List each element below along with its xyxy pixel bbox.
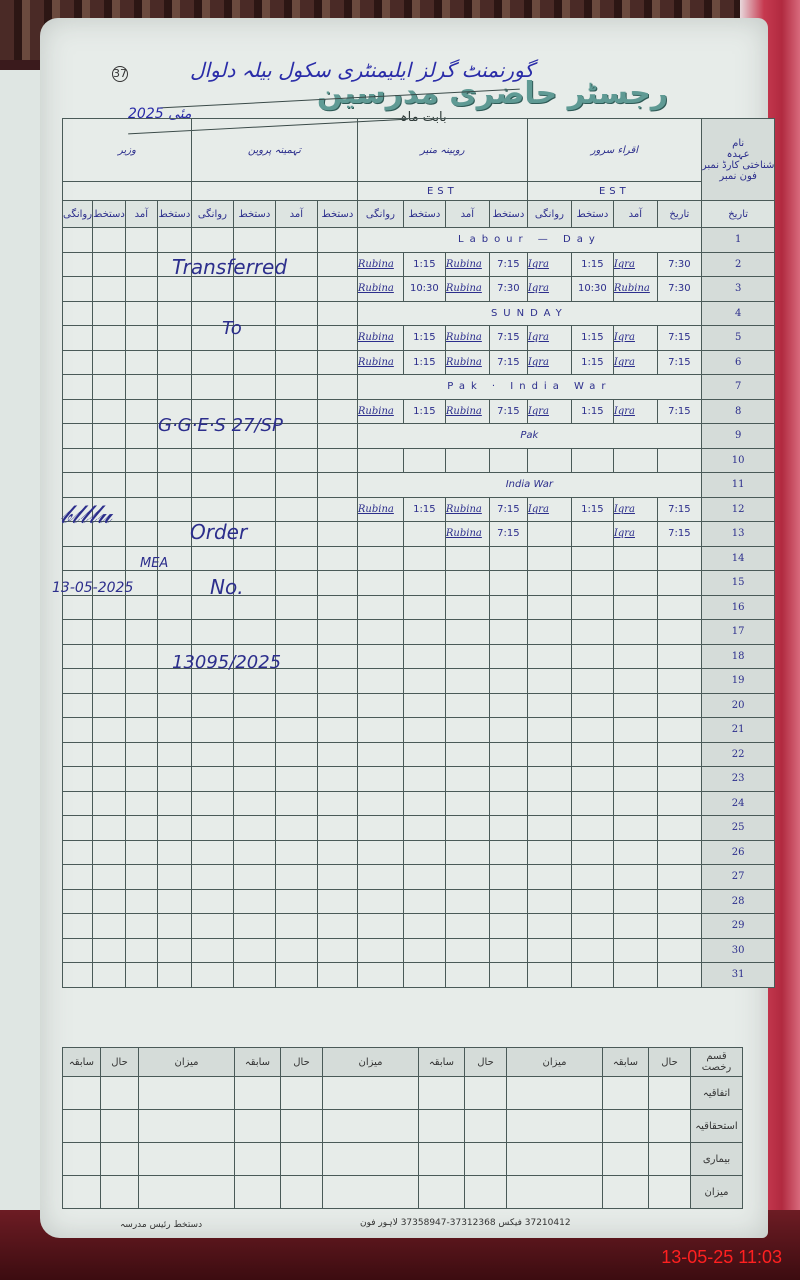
teacher2-arrival-time: 7:30	[489, 277, 527, 302]
attendance-rows: Labour — Day1Rubina1:15Rubina7:15Iqra1:1…	[63, 228, 775, 988]
date-number: 16	[701, 595, 775, 620]
empty-cell	[93, 840, 126, 865]
teacher1-arrival-signature	[613, 938, 657, 963]
empty-cell	[275, 522, 317, 547]
col-total: میزان	[139, 1048, 235, 1077]
attendance-row: Rubina1:15Rubina7:15Iqra1:15Iqra7:156	[63, 350, 775, 375]
empty-cell	[125, 473, 157, 498]
teacher2-arrival-signature	[445, 571, 489, 596]
summary-cell	[323, 1176, 419, 1209]
empty-cell	[275, 938, 317, 963]
attendance-row: 10	[63, 448, 775, 473]
teacher1-arrival-signature	[613, 914, 657, 939]
teacher2-departure-signature: Rubina	[357, 252, 403, 277]
empty-cell	[275, 791, 317, 816]
date-number: 10	[701, 448, 775, 473]
empty-cell	[275, 644, 317, 669]
empty-cell	[125, 742, 157, 767]
summary-cell	[649, 1143, 691, 1176]
summary-cell	[419, 1176, 465, 1209]
empty-cell	[93, 865, 126, 890]
teacher2-arrival-time	[489, 595, 527, 620]
teacher1-departure-signature	[527, 742, 571, 767]
teacher2-departure-signature: Rubina	[357, 326, 403, 351]
teacher2-arrival-signature	[445, 546, 489, 571]
date-number: 1	[701, 228, 775, 253]
empty-cell	[157, 816, 191, 841]
empty-cell	[93, 963, 126, 988]
teacher-name-2: روبینہ منیر	[357, 119, 527, 182]
teacher1-departure-signature: Iqra	[527, 277, 571, 302]
attendance-row: 16	[63, 595, 775, 620]
teacher2-arrival-signature	[445, 693, 489, 718]
leave-type-row-label: اتفاقیہ	[691, 1077, 743, 1110]
day-note: Pak	[357, 424, 701, 449]
attendance-row: Rubina7:15Iqra7:1513	[63, 522, 775, 547]
empty-cell	[63, 301, 93, 326]
teacher2-arrival-time	[489, 914, 527, 939]
teacher2-departure-time	[403, 865, 445, 890]
summary-cell	[101, 1110, 139, 1143]
summary-cell	[63, 1143, 101, 1176]
teacher2-arrival-time	[489, 448, 527, 473]
teacher2-arrival-signature	[445, 448, 489, 473]
teacher2-arrival-signature	[445, 963, 489, 988]
teacher2-arrival-time: 7:15	[489, 326, 527, 351]
col-departure: روانگی	[191, 201, 233, 228]
teacher2-departure-signature: Rubina	[357, 277, 403, 302]
teacher1-arrival-signature: Iqra	[613, 252, 657, 277]
empty-cell	[157, 914, 191, 939]
empty-cell	[275, 693, 317, 718]
teacher1-arrival-time	[657, 767, 701, 792]
empty-cell	[275, 497, 317, 522]
teacher1-arrival-time: 7:15	[657, 522, 701, 547]
empty-cell	[63, 326, 93, 351]
empty-cell	[317, 816, 357, 841]
empty-cell	[63, 375, 93, 400]
summary-cell	[465, 1077, 507, 1110]
teacher1-departure-time: 1:15	[571, 497, 613, 522]
date-number: 29	[701, 914, 775, 939]
attendance-row: 22	[63, 742, 775, 767]
empty-cell	[63, 963, 93, 988]
teacher2-arrival-signature: Rubina	[445, 350, 489, 375]
empty-cell	[275, 571, 317, 596]
teacher2-arrival-signature	[445, 742, 489, 767]
date-number: 11	[701, 473, 775, 498]
empty-cell	[191, 448, 233, 473]
summary-cell	[139, 1143, 235, 1176]
empty-cell	[125, 350, 157, 375]
empty-cell	[63, 840, 93, 865]
empty-cell	[191, 865, 233, 890]
summary-cell	[281, 1110, 323, 1143]
col-date: تاریخ	[657, 201, 701, 228]
teacher1-arrival-time	[657, 742, 701, 767]
summary-cell	[323, 1143, 419, 1176]
teacher1-arrival-time: 7:15	[657, 399, 701, 424]
empty-cell	[317, 522, 357, 547]
empty-cell	[63, 350, 93, 375]
teacher2-arrival-signature: Rubina	[445, 497, 489, 522]
col-total: میزان	[507, 1048, 603, 1077]
teacher1-arrival-time	[657, 840, 701, 865]
col-arrival: آمد	[613, 201, 657, 228]
empty-cell	[125, 938, 157, 963]
attendance-row: 21	[63, 718, 775, 743]
empty-cell	[157, 865, 191, 890]
empty-cell	[317, 718, 357, 743]
leave-summary-table: سابقہ حال میزان سابقہ حال میزان سابقہ حا…	[62, 1047, 743, 1209]
teacher1-departure-signature	[527, 448, 571, 473]
empty-cell	[233, 914, 275, 939]
empty-cell	[125, 399, 157, 424]
empty-cell	[93, 742, 126, 767]
attendance-row: 19	[63, 669, 775, 694]
empty-cell	[157, 767, 191, 792]
teacher1-arrival-signature	[613, 693, 657, 718]
empty-cell	[317, 840, 357, 865]
teacher1-departure-signature	[527, 791, 571, 816]
empty-cell	[275, 228, 317, 253]
teacher1-departure-time	[571, 889, 613, 914]
empty-cell	[125, 840, 157, 865]
date-number: 12	[701, 497, 775, 522]
summary-cell	[507, 1176, 603, 1209]
summary-cell	[465, 1143, 507, 1176]
empty-cell	[317, 914, 357, 939]
teacher2-departure-signature	[357, 791, 403, 816]
summary-cell	[507, 1110, 603, 1143]
empty-cell	[191, 277, 233, 302]
teacher2-departure-time	[403, 816, 445, 841]
empty-cell	[93, 546, 126, 571]
empty-cell	[317, 424, 357, 449]
empty-cell	[157, 473, 191, 498]
col-current: حال	[281, 1048, 323, 1077]
teacher1-arrival-signature	[613, 767, 657, 792]
teacher2-arrival-signature	[445, 816, 489, 841]
teacher1-arrival-signature	[613, 865, 657, 890]
summary-row: استحقاقیہ	[63, 1110, 743, 1143]
day-note: India War	[357, 473, 701, 498]
teacher1-arrival-time	[657, 644, 701, 669]
attendance-row: 28	[63, 889, 775, 914]
teacher1-departure-time: 1:15	[571, 350, 613, 375]
empty-cell	[157, 326, 191, 351]
empty-cell	[191, 693, 233, 718]
teacher1-arrival-signature	[613, 644, 657, 669]
empty-cell	[317, 326, 357, 351]
date-number: 23	[701, 767, 775, 792]
teacher1-arrival-time	[657, 595, 701, 620]
teacher2-departure-time: 1:15	[403, 399, 445, 424]
teacher2-arrival-signature	[445, 669, 489, 694]
col-signature: دستخط	[93, 201, 126, 228]
empty-cell	[317, 963, 357, 988]
empty-cell	[125, 228, 157, 253]
empty-cell	[275, 889, 317, 914]
summary-cell	[101, 1176, 139, 1209]
empty-cell	[233, 889, 275, 914]
empty-cell	[63, 595, 93, 620]
teacher1-departure-signature	[527, 963, 571, 988]
summary-cell	[63, 1110, 101, 1143]
date-number: 6	[701, 350, 775, 375]
teacher1-departure-time	[571, 448, 613, 473]
teacher2-arrival-time	[489, 620, 527, 645]
teacher2-arrival-time	[489, 669, 527, 694]
empty-cell	[157, 840, 191, 865]
empty-cell	[191, 963, 233, 988]
teacher1-departure-time: 10:30	[571, 277, 613, 302]
empty-cell	[275, 914, 317, 939]
teacher-name-4: وزیر	[63, 119, 192, 182]
col-signature: دستخط	[317, 201, 357, 228]
empty-cell	[275, 448, 317, 473]
empty-cell	[317, 546, 357, 571]
header-labels: نام عہدہ شناختی کارڈ نمبر فون نمبر	[701, 119, 775, 201]
summary-cell	[281, 1143, 323, 1176]
attendance-row: 20	[63, 693, 775, 718]
col-current: حال	[465, 1048, 507, 1077]
col-previous: سابقہ	[235, 1048, 281, 1077]
teacher1-departure-time	[571, 938, 613, 963]
col-date: تاریخ	[701, 201, 775, 228]
teacher2-arrival-time: 7:15	[489, 399, 527, 424]
teacher2-departure-signature: Rubina	[357, 350, 403, 375]
empty-cell	[93, 816, 126, 841]
teacher1-arrival-time	[657, 938, 701, 963]
teacher2-departure-signature	[357, 693, 403, 718]
empty-cell	[63, 620, 93, 645]
summary-cell	[281, 1077, 323, 1110]
empty-cell	[191, 546, 233, 571]
date-number: 18	[701, 644, 775, 669]
col-total: میزان	[323, 1048, 419, 1077]
teacher1-departure-time	[571, 914, 613, 939]
empty-cell	[157, 228, 191, 253]
attendance-row: 15	[63, 571, 775, 596]
teacher2-arrival-time	[489, 816, 527, 841]
teacher1-departure-signature	[527, 571, 571, 596]
teacher1-arrival-signature	[613, 816, 657, 841]
teacher2-departure-time	[403, 767, 445, 792]
summary-cell	[323, 1077, 419, 1110]
empty-cell	[157, 889, 191, 914]
teacher1-departure-time	[571, 963, 613, 988]
empty-cell	[63, 644, 93, 669]
empty-cell	[275, 326, 317, 351]
empty-cell	[157, 718, 191, 743]
empty-cell	[157, 277, 191, 302]
teacher1-departure-signature: Iqra	[527, 252, 571, 277]
teacher2-arrival-signature: Rubina	[445, 277, 489, 302]
summary-cell	[507, 1077, 603, 1110]
empty-cell	[125, 816, 157, 841]
principal-signature-label: دستخط رئیس مدرسہ	[120, 1220, 202, 1230]
empty-cell	[233, 767, 275, 792]
teacher1-arrival-time	[657, 620, 701, 645]
teacher2-arrival-time	[489, 963, 527, 988]
empty-cell	[125, 375, 157, 400]
empty-cell	[125, 889, 157, 914]
empty-cell	[233, 375, 275, 400]
col-previous: سابقہ	[603, 1048, 649, 1077]
teacher1-departure-time	[571, 620, 613, 645]
teacher1-departure-time: 1:15	[571, 326, 613, 351]
teacher1-departure-signature	[527, 644, 571, 669]
teacher2-departure-time: 1:15	[403, 326, 445, 351]
teacher2-departure-time	[403, 571, 445, 596]
teacher1-arrival-signature	[613, 546, 657, 571]
teacher1-arrival-signature	[613, 669, 657, 694]
teacher1-departure-time: 1:15	[571, 399, 613, 424]
teacher1-arrival-signature	[613, 889, 657, 914]
date-number: 26	[701, 840, 775, 865]
empty-cell	[317, 252, 357, 277]
empty-cell	[93, 718, 126, 743]
teacher2-departure-time	[403, 963, 445, 988]
teacher2-departure-time: 1:15	[403, 252, 445, 277]
teacher2-arrival-time	[489, 791, 527, 816]
teacher1-departure-signature	[527, 718, 571, 743]
teacher1-departure-signature: Iqra	[527, 326, 571, 351]
empty-cell	[63, 277, 93, 302]
empty-cell	[157, 938, 191, 963]
empty-cell	[157, 693, 191, 718]
empty-cell	[63, 693, 93, 718]
teacher2-departure-time	[403, 718, 445, 743]
teacher1-departure-signature	[527, 914, 571, 939]
empty-cell	[125, 865, 157, 890]
empty-cell	[63, 473, 93, 498]
empty-cell	[275, 546, 317, 571]
empty-cell	[317, 865, 357, 890]
empty-cell	[275, 473, 317, 498]
date-number: 27	[701, 865, 775, 890]
teacher2-departure-time	[403, 522, 445, 547]
page-number: 37	[112, 66, 128, 82]
summary-cell	[63, 1077, 101, 1110]
summary-cell	[235, 1110, 281, 1143]
teacher1-departure-time	[571, 546, 613, 571]
summary-cell	[603, 1077, 649, 1110]
leave-type-row-label: بیماری	[691, 1143, 743, 1176]
empty-cell	[233, 620, 275, 645]
col-departure: روانگی	[527, 201, 571, 228]
empty-cell	[233, 277, 275, 302]
attendance-row: 14	[63, 546, 775, 571]
empty-cell	[233, 791, 275, 816]
empty-cell	[191, 914, 233, 939]
teacher2-departure-signature	[357, 938, 403, 963]
teacher2-departure-signature	[357, 718, 403, 743]
empty-cell	[157, 571, 191, 596]
teacher2-departure-time	[403, 595, 445, 620]
date-number: 19	[701, 669, 775, 694]
teacher1-departure-time	[571, 669, 613, 694]
date-number: 5	[701, 326, 775, 351]
empty-cell	[317, 889, 357, 914]
teacher2-arrival-time	[489, 571, 527, 596]
empty-cell	[317, 571, 357, 596]
date-number: 7	[701, 375, 775, 400]
empty-cell	[125, 448, 157, 473]
teacher2-departure-signature	[357, 448, 403, 473]
summary-cell	[419, 1077, 465, 1110]
teacher1-departure-signature	[527, 669, 571, 694]
teacher1-arrival-signature	[613, 448, 657, 473]
empty-cell	[233, 742, 275, 767]
teacher2-departure-signature	[357, 571, 403, 596]
teacher2-arrival-signature	[445, 718, 489, 743]
transfer-note-line1: Transferred	[172, 255, 287, 279]
summary-cell	[323, 1110, 419, 1143]
teacher1-arrival-time	[657, 571, 701, 596]
empty-cell	[275, 350, 317, 375]
teacher1-departure-time	[571, 718, 613, 743]
date-number: 4	[701, 301, 775, 326]
teacher2-arrival-signature	[445, 865, 489, 890]
attendance-row: 31	[63, 963, 775, 988]
empty-cell	[63, 424, 93, 449]
summary-cell	[101, 1143, 139, 1176]
empty-cell	[191, 840, 233, 865]
teacher1-departure-time	[571, 791, 613, 816]
date-number: 3	[701, 277, 775, 302]
col-departure: روانگی	[63, 201, 93, 228]
empty-cell	[63, 399, 93, 424]
teacher1-departure-time	[571, 742, 613, 767]
empty-cell	[157, 522, 191, 547]
date-number: 25	[701, 816, 775, 841]
summary-cell	[101, 1077, 139, 1110]
teacher-designation-2: EST	[357, 182, 527, 201]
teacher2-arrival-time: 7:15	[489, 522, 527, 547]
teacher1-arrival-time	[657, 865, 701, 890]
empty-cell	[317, 742, 357, 767]
teacher1-arrival-signature: Iqra	[613, 326, 657, 351]
teacher1-departure-time	[571, 693, 613, 718]
empty-cell	[63, 889, 93, 914]
empty-cell	[191, 938, 233, 963]
summary-cell	[603, 1176, 649, 1209]
teacher-designation-3	[191, 182, 357, 201]
teacher2-departure-time	[403, 791, 445, 816]
summary-cell	[139, 1110, 235, 1143]
teacher1-arrival-signature	[613, 963, 657, 988]
col-signature: دستخط	[403, 201, 445, 228]
empty-cell	[93, 644, 126, 669]
teacher2-arrival-signature	[445, 620, 489, 645]
leave-type-row-label: میزان	[691, 1176, 743, 1209]
teacher1-departure-time	[571, 767, 613, 792]
empty-cell	[275, 620, 317, 645]
summary-cell	[419, 1110, 465, 1143]
empty-cell	[191, 473, 233, 498]
empty-cell	[275, 840, 317, 865]
officer-signature-scribble: 𝒷𝓁𝓁𝓁𝓊	[60, 500, 112, 531]
teacher1-arrival-time: 7:30	[657, 277, 701, 302]
empty-cell	[125, 277, 157, 302]
empty-cell	[317, 375, 357, 400]
empty-cell	[63, 816, 93, 841]
teacher-name-1: اقراء سرور	[527, 119, 701, 182]
summary-cell	[419, 1143, 465, 1176]
attendance-row: Rubina10:30Rubina7:30Iqra10:30Rubina7:30…	[63, 277, 775, 302]
